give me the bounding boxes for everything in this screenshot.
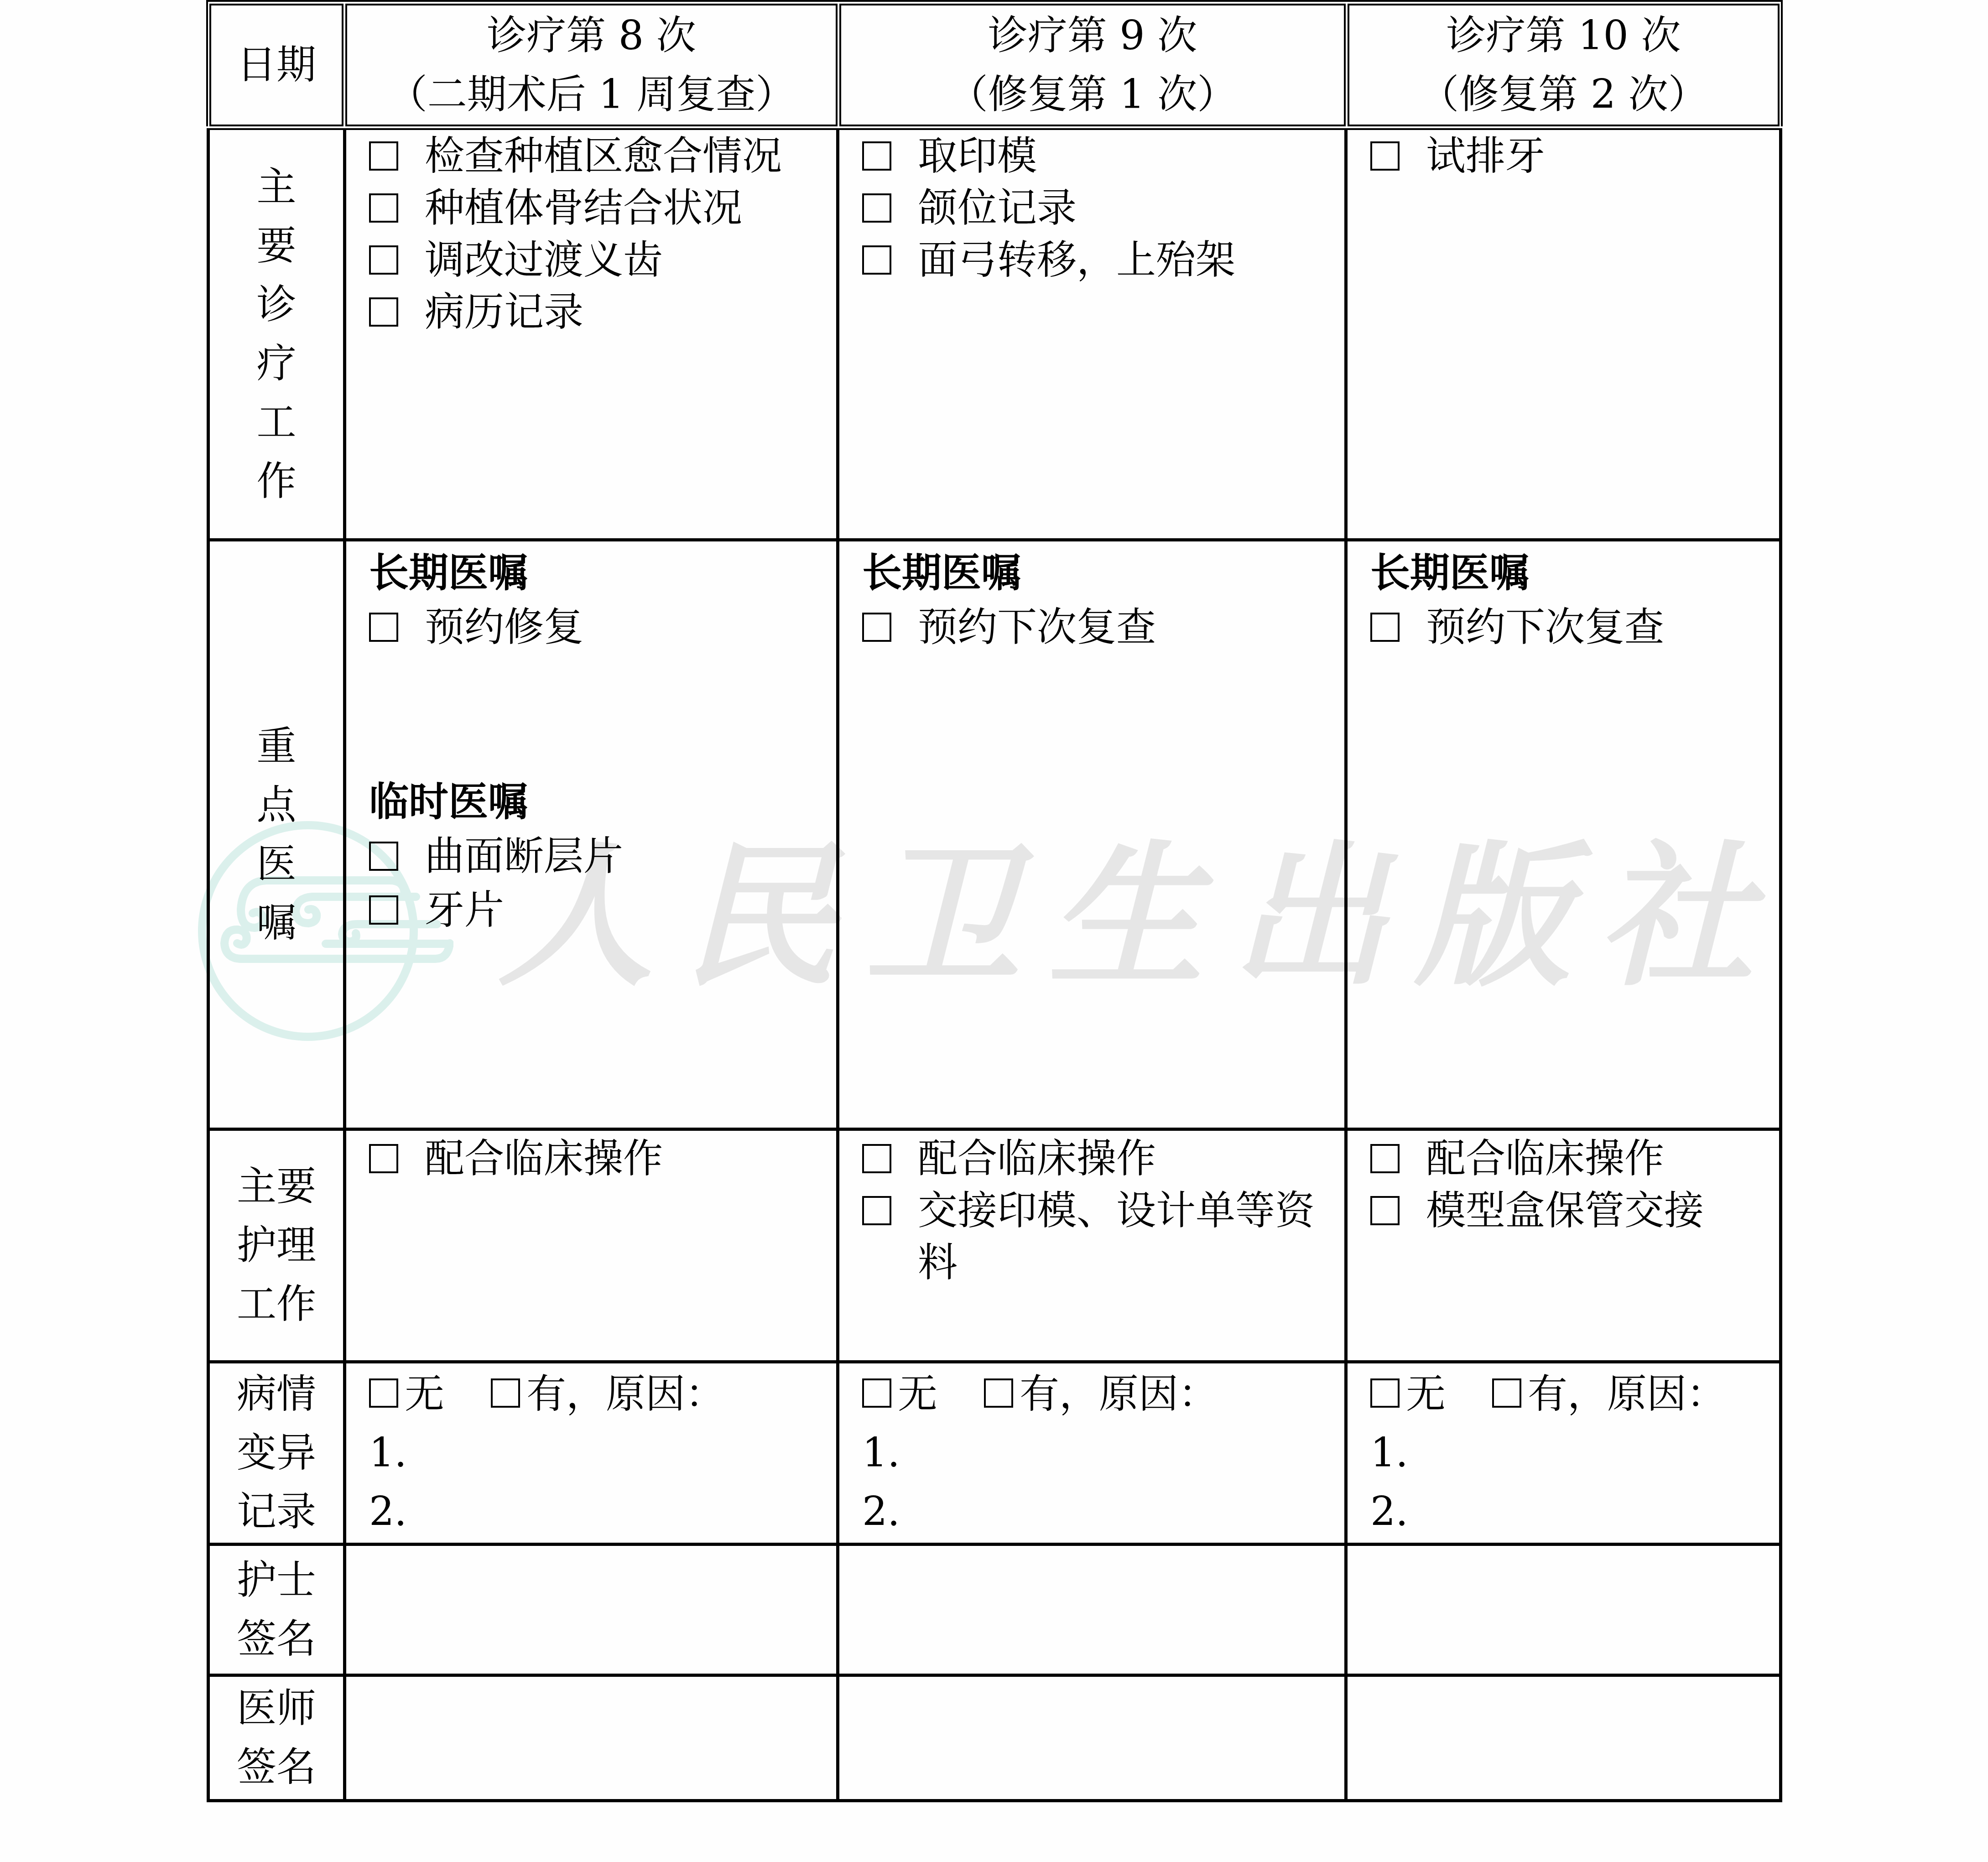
option-none-label: 无 xyxy=(898,1371,937,1417)
checklist-item-label: 检查种植区愈合情况 xyxy=(425,130,832,182)
checklist-item-label: 牙片 xyxy=(425,883,832,937)
row-label-main-work: 主要诊疗工作 xyxy=(210,130,346,541)
row-label-text: 医师签名 xyxy=(236,1679,317,1797)
checkbox-none[interactable] xyxy=(1370,1378,1400,1408)
row-label-text: 主要诊疗工作 xyxy=(256,158,297,511)
cell-variation-visit-9: 无有，原因： 1. 2. xyxy=(839,1363,1348,1546)
checklist-item-label: 种植体骨结合状况 xyxy=(425,182,832,234)
nurse-signature-field-visit-8[interactable] xyxy=(346,1546,839,1677)
cell-main-work-visit-10: 试排牙 xyxy=(1348,130,1782,541)
checkbox-none[interactable] xyxy=(862,1378,891,1408)
nurse-signature-field-visit-10[interactable] xyxy=(1348,1546,1782,1677)
long-term-orders-heading: 长期医嘱 xyxy=(862,546,1340,600)
checklist-item: 牙片 xyxy=(369,883,832,937)
visit-subtitle: （二期术后 1 周复查） xyxy=(388,65,796,124)
checklist-item-label: 模型盒保管交接 xyxy=(1426,1185,1775,1237)
cell-variation-visit-8: 无有，原因： 1. 2. xyxy=(346,1363,839,1546)
checklist-item-label: 取印模 xyxy=(918,130,1340,182)
checkbox-has[interactable] xyxy=(491,1378,520,1408)
visit-title: 诊疗第 10 次 xyxy=(1446,6,1681,65)
cell-key-orders-visit-8: 长期医嘱 预约修复 临时医嘱 曲面断层片 牙片 xyxy=(346,541,839,1131)
option-has-label: 有，原因： xyxy=(526,1371,725,1417)
variation-options: 无有，原因： xyxy=(369,1365,832,1424)
variation-line-2[interactable]: 2. xyxy=(862,1482,1340,1541)
variation-line-1[interactable]: 1. xyxy=(369,1424,832,1482)
long-term-orders-heading: 长期医嘱 xyxy=(1370,546,1775,600)
checkbox[interactable] xyxy=(1370,141,1400,171)
temporary-orders-heading: 临时医嘱 xyxy=(369,775,832,829)
doctor-signature-field-visit-9[interactable] xyxy=(839,1677,1348,1802)
visit-title: 诊疗第 9 次 xyxy=(988,6,1197,65)
row-label-doctor-signature: 医师签名 xyxy=(210,1677,346,1802)
variation-line-2[interactable]: 2. xyxy=(369,1482,832,1541)
checkbox[interactable] xyxy=(1370,613,1400,642)
cell-main-work-visit-8: 检查种植区愈合情况 种植体骨结合状况 调改过渡义齿 病历记录 xyxy=(346,130,839,541)
cell-nursing-visit-9: 配合临床操作 交接印模、设计单等资料 xyxy=(839,1131,1348,1363)
checklist-item: 配合临床操作 xyxy=(369,1133,832,1185)
checkbox[interactable] xyxy=(862,193,891,223)
checklist-item-label: 病历记录 xyxy=(425,286,832,338)
option-has-label: 有，原因： xyxy=(1528,1371,1726,1417)
cell-key-orders-visit-9: 长期医嘱 预约下次复查 xyxy=(839,541,1348,1131)
checklist-item-label: 配合临床操作 xyxy=(918,1133,1340,1185)
checkbox[interactable] xyxy=(369,297,398,327)
row-label-key-orders: 重点医嘱 xyxy=(210,541,346,1131)
row-label-nurse-signature: 护士签名 xyxy=(210,1546,346,1677)
checklist-item: 模型盒保管交接 xyxy=(1370,1185,1775,1237)
checkbox[interactable] xyxy=(369,141,398,171)
row-label-nursing: 主要护理工作 xyxy=(210,1131,346,1363)
variation-line-1[interactable]: 1. xyxy=(1370,1424,1775,1482)
checklist-item: 面弓转移，上殆架 xyxy=(862,234,1340,286)
row-label-text: 病情变异记录 xyxy=(236,1365,317,1541)
cell-variation-visit-10: 无有，原因： 1. 2. xyxy=(1348,1363,1782,1546)
cell-main-work-visit-9: 取印模 颌位记录 面弓转移，上殆架 xyxy=(839,130,1348,541)
checkbox[interactable] xyxy=(369,613,398,642)
option-none-label: 无 xyxy=(405,1371,444,1417)
variation-options: 无有，原因： xyxy=(862,1365,1340,1424)
checkbox-has[interactable] xyxy=(1492,1378,1521,1408)
checklist-item-label: 曲面断层片 xyxy=(425,829,832,883)
checklist-item-label: 试排牙 xyxy=(1426,130,1775,182)
checklist-item: 试排牙 xyxy=(1370,130,1775,182)
option-none-label: 无 xyxy=(1406,1371,1446,1417)
checkbox[interactable] xyxy=(862,613,891,642)
table-header-row: 日期 诊疗第 8 次 （二期术后 1 周复查） 诊疗第 9 次 （修复第 1 次… xyxy=(206,0,1783,126)
checklist-item: 调改过渡义齿 xyxy=(369,234,832,286)
checklist-item: 交接印模、设计单等资料 xyxy=(862,1185,1340,1289)
checkbox-has[interactable] xyxy=(984,1378,1013,1408)
checkbox[interactable] xyxy=(369,895,398,925)
row-label-text: 护士签名 xyxy=(236,1551,317,1669)
checkbox[interactable] xyxy=(1370,1196,1400,1225)
variation-options: 无有，原因： xyxy=(1370,1365,1775,1424)
checkbox[interactable] xyxy=(1370,1144,1400,1173)
checklist-item: 配合临床操作 xyxy=(1370,1133,1775,1185)
nurse-signature-field-visit-9[interactable] xyxy=(839,1546,1348,1677)
row-label-variation: 病情变异记录 xyxy=(210,1363,346,1546)
visit-subtitle: （修复第 2 次） xyxy=(1419,65,1708,124)
checklist-item: 预约下次复查 xyxy=(862,600,1340,654)
visit-title: 诊疗第 8 次 xyxy=(487,6,696,65)
checklist-item: 配合临床操作 xyxy=(862,1133,1340,1185)
checkbox[interactable] xyxy=(369,245,398,275)
option-has-label: 有，原因： xyxy=(1020,1371,1218,1417)
doctor-signature-field-visit-8[interactable] xyxy=(346,1677,839,1802)
checklist-item-label: 预约下次复查 xyxy=(918,600,1340,654)
variation-line-1[interactable]: 1. xyxy=(862,1424,1340,1482)
clinical-pathway-table: 主要诊疗工作 检查种植区愈合情况 种植体骨结合状况 调改过渡义齿 病历记录 取印… xyxy=(207,128,1782,1802)
checklist-item: 曲面断层片 xyxy=(369,829,832,883)
header-cell-visit-10: 诊疗第 10 次 （修复第 2 次） xyxy=(1348,4,1780,126)
date-label: 日期 xyxy=(237,36,316,94)
checklist-item: 预约下次复查 xyxy=(1370,600,1775,654)
long-term-orders-heading: 长期医嘱 xyxy=(369,546,832,600)
checklist-item-label: 配合临床操作 xyxy=(425,1133,832,1185)
cell-nursing-visit-8: 配合临床操作 xyxy=(346,1131,839,1363)
checklist-item-label: 配合临床操作 xyxy=(1426,1133,1775,1185)
checkbox[interactable] xyxy=(369,1144,398,1173)
checklist-item-label: 调改过渡义齿 xyxy=(425,234,832,286)
checklist-item-label: 交接印模、设计单等资料 xyxy=(918,1185,1340,1289)
checklist-item: 预约修复 xyxy=(369,600,832,654)
checklist-item-label: 面弓转移，上殆架 xyxy=(918,234,1340,286)
checklist-item: 检查种植区愈合情况 xyxy=(369,130,832,182)
variation-line-2[interactable]: 2. xyxy=(1370,1482,1775,1541)
checkbox[interactable] xyxy=(369,193,398,223)
checkbox[interactable] xyxy=(862,141,891,171)
checklist-item: 取印模 xyxy=(862,130,1340,182)
header-cell-date: 日期 xyxy=(209,4,343,126)
header-cell-visit-9: 诊疗第 9 次 （修复第 1 次） xyxy=(839,4,1346,126)
checkbox[interactable] xyxy=(369,842,398,871)
cell-key-orders-visit-10: 长期医嘱 预约下次复查 xyxy=(1348,541,1782,1131)
checklist-item: 病历记录 xyxy=(369,286,832,338)
checklist-item-label: 预约下次复查 xyxy=(1426,600,1775,654)
cell-nursing-visit-10: 配合临床操作 模型盒保管交接 xyxy=(1348,1131,1782,1363)
checkbox[interactable] xyxy=(862,1144,891,1173)
checkbox-none[interactable] xyxy=(369,1378,398,1408)
checklist-item-label: 预约修复 xyxy=(425,600,832,654)
doctor-signature-field-visit-10[interactable] xyxy=(1348,1677,1782,1802)
checkbox[interactable] xyxy=(862,1196,891,1225)
visit-subtitle: （修复第 1 次） xyxy=(948,65,1237,124)
row-label-text: 主要护理工作 xyxy=(236,1157,317,1334)
checklist-item-label: 颌位记录 xyxy=(918,182,1340,234)
checklist-item: 种植体骨结合状况 xyxy=(369,182,832,234)
row-label-text: 重点医嘱 xyxy=(256,717,297,952)
checkbox[interactable] xyxy=(862,245,891,275)
header-cell-visit-8: 诊疗第 8 次 （二期术后 1 周复查） xyxy=(345,4,838,126)
checklist-item: 颌位记录 xyxy=(862,182,1340,234)
